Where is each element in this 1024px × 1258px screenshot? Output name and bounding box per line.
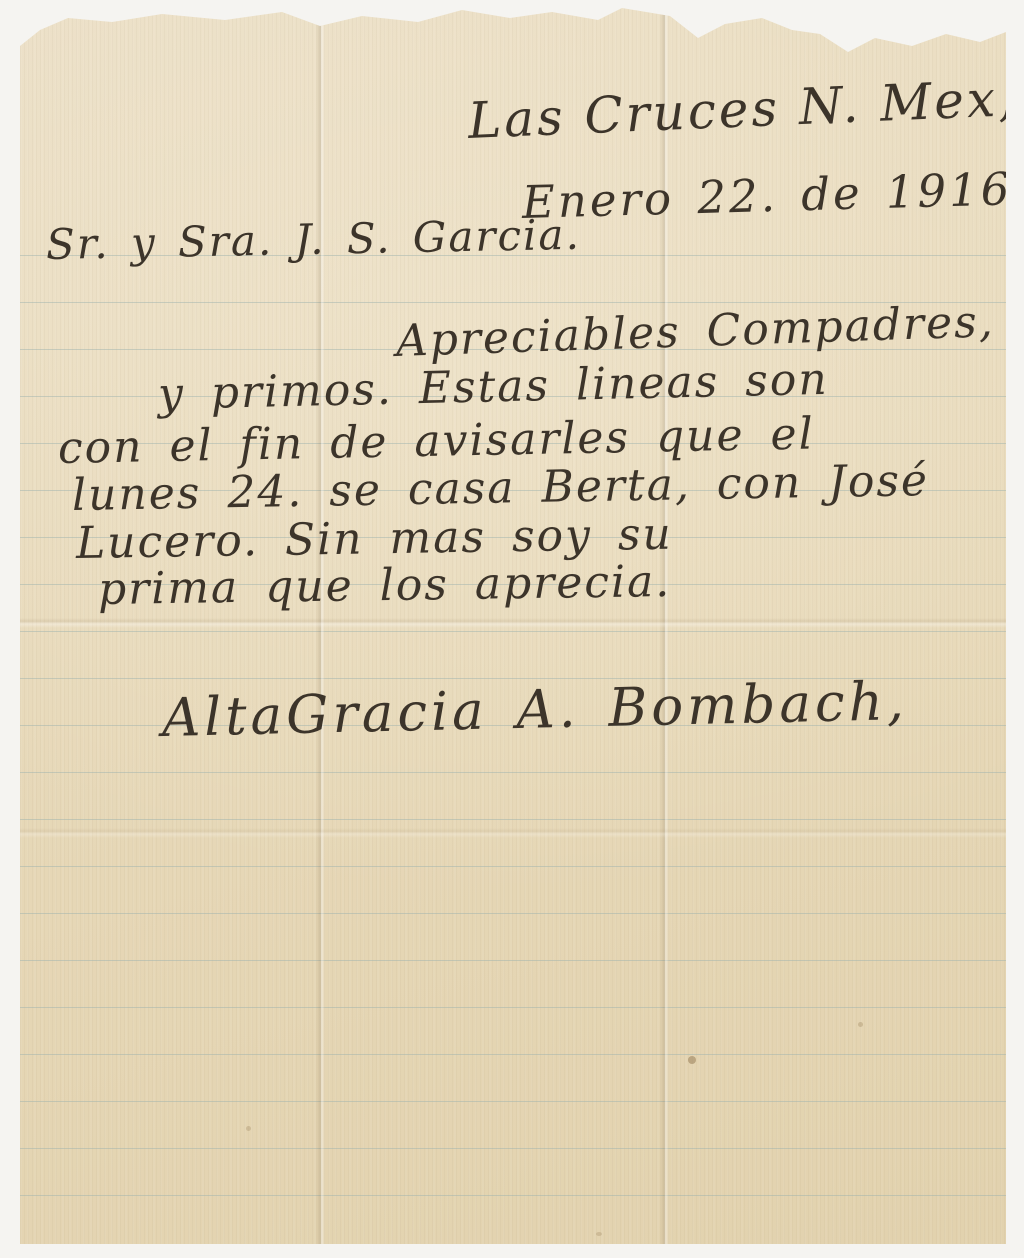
salutation-line: Sr. y Sra. J. S. Garcia.	[46, 214, 582, 266]
age-spot	[688, 1056, 696, 1064]
body-line: prima que los aprecia.	[98, 560, 672, 612]
age-spot	[246, 1126, 251, 1131]
age-spot	[596, 1232, 602, 1236]
age-spot	[858, 1022, 863, 1027]
signature-line: AltaGracia A. Bombach,	[161, 675, 908, 745]
scanned-letter-background: Las Cruces N. Mex, Enero 22. de 1916 Sr.…	[0, 0, 1024, 1258]
dateline-date: Enero 22. de 1916	[521, 166, 1013, 225]
letter-paper: Las Cruces N. Mex, Enero 22. de 1916 Sr.…	[20, 4, 1006, 1244]
